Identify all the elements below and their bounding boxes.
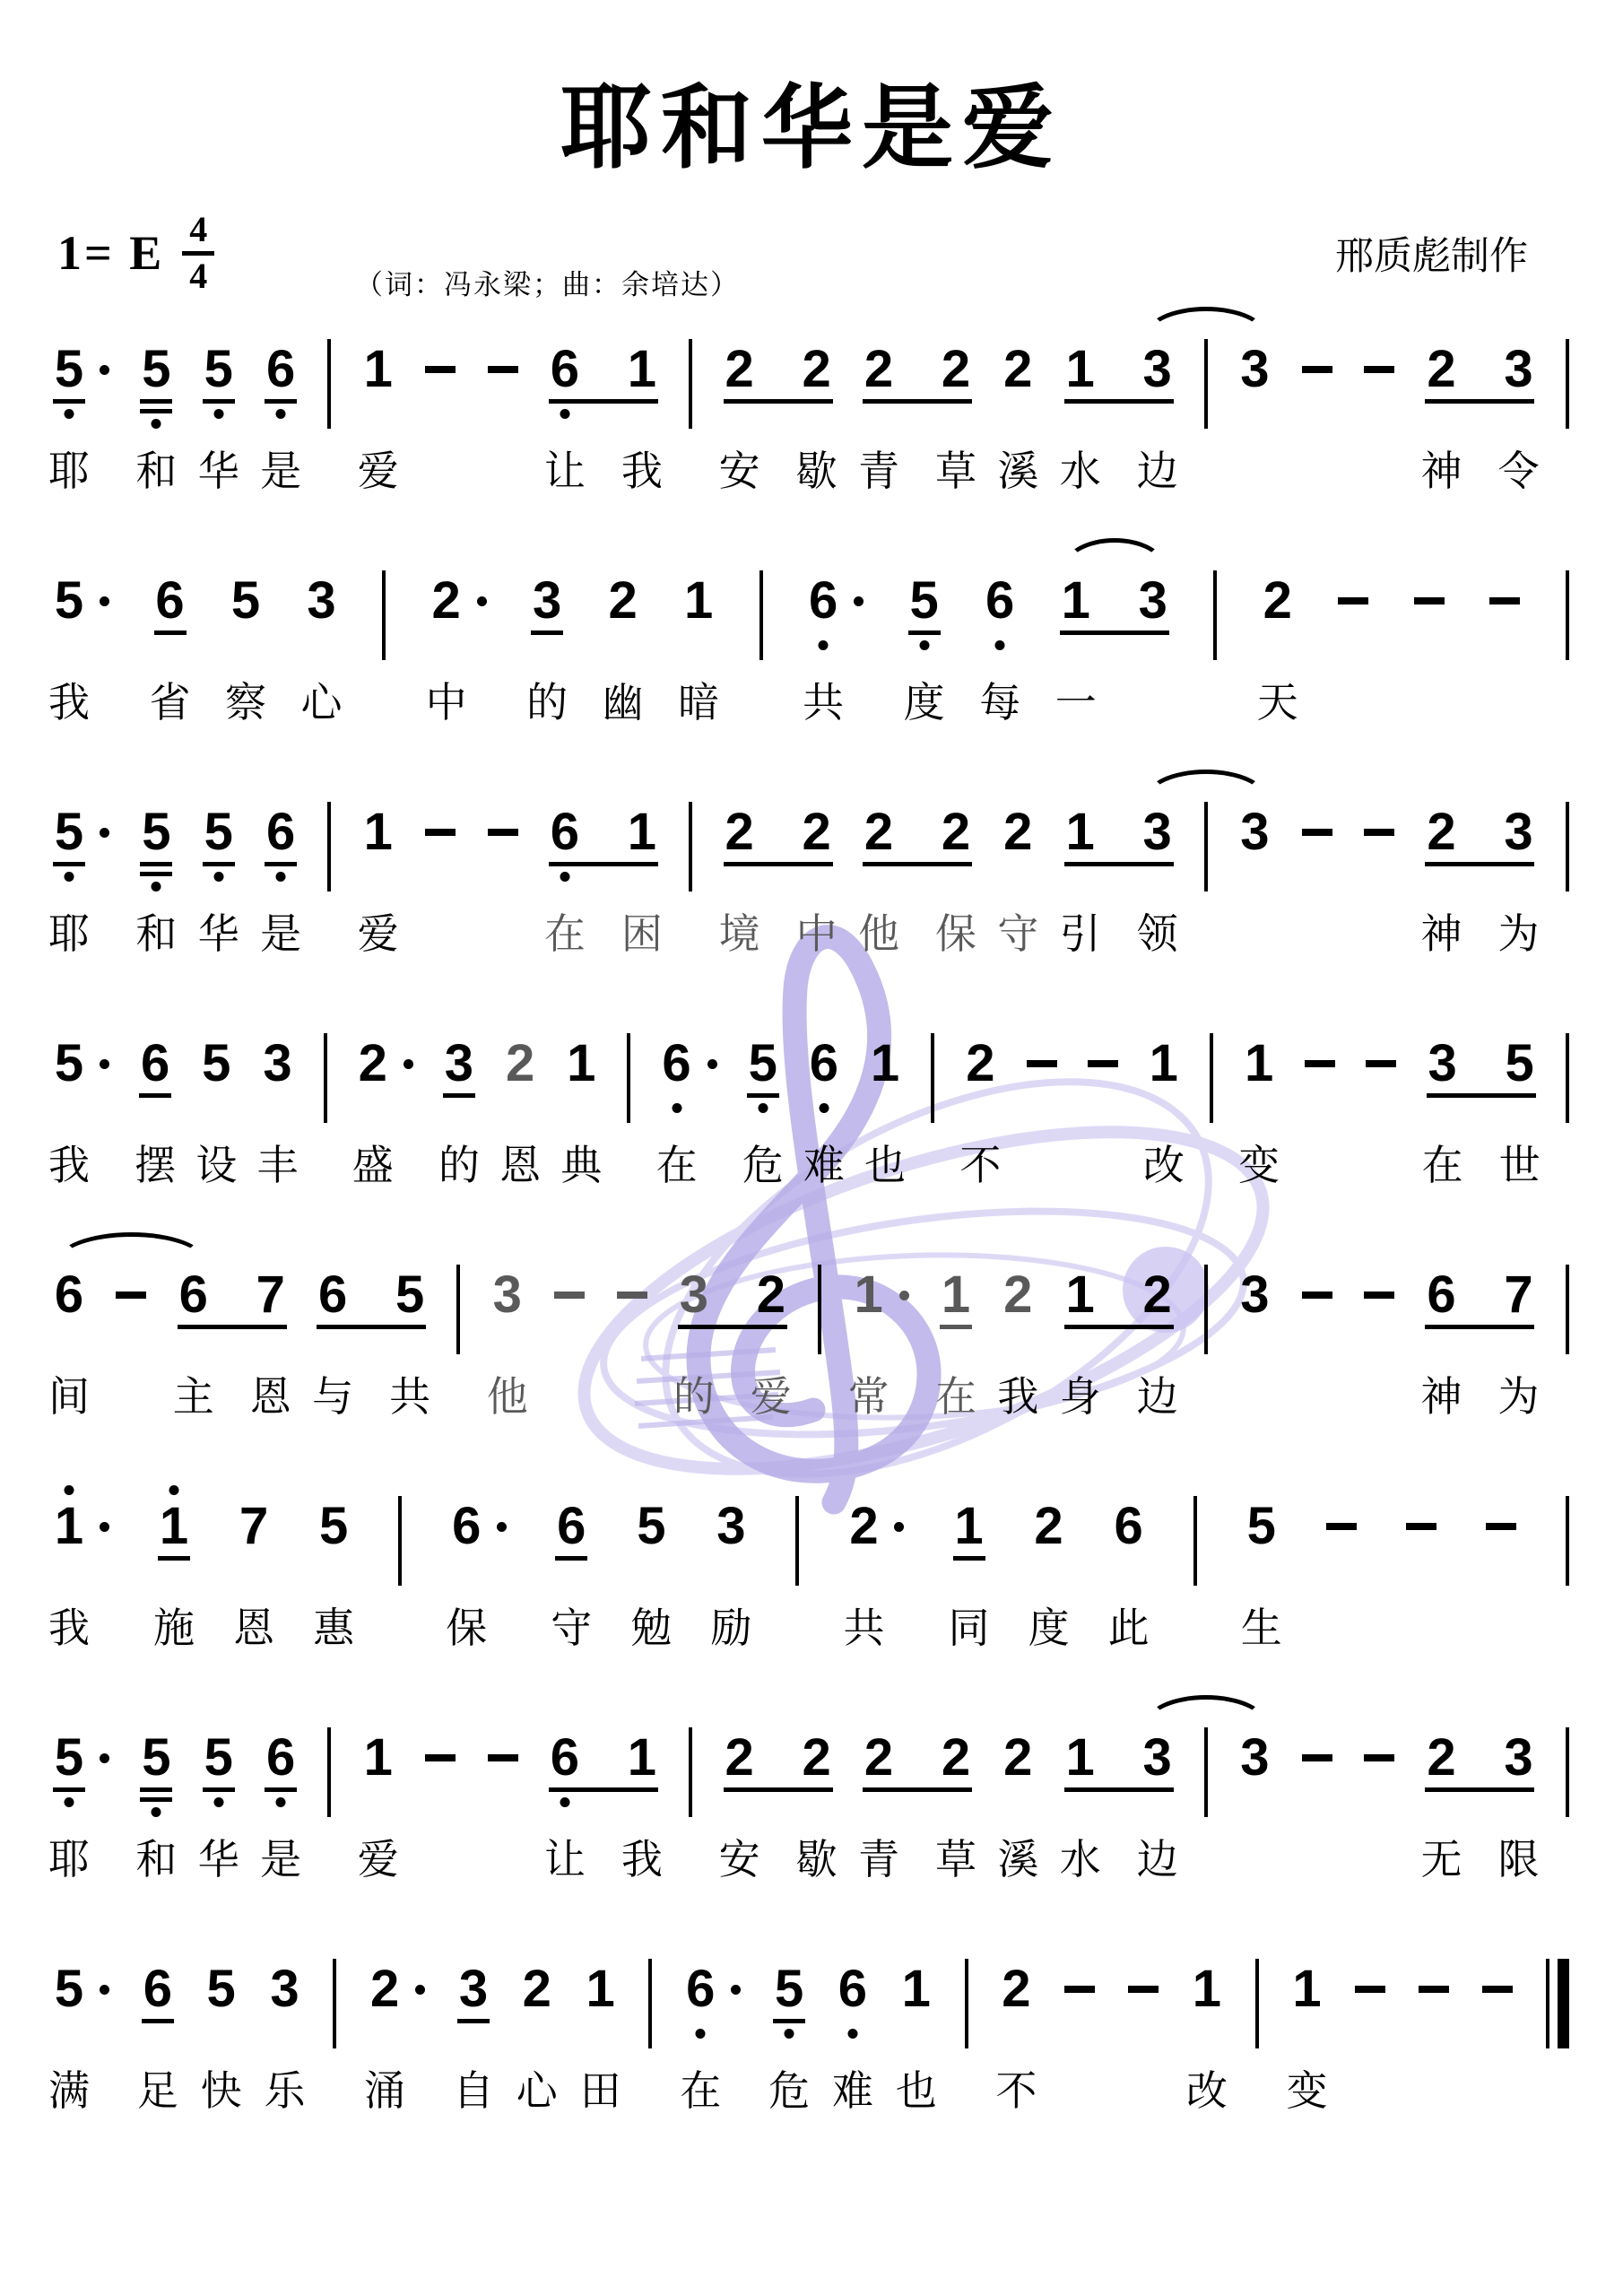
eighth-underline — [158, 1556, 190, 1561]
lyric-char: 爱 — [358, 1837, 399, 1882]
duration-dash — [1088, 1060, 1118, 1067]
note-value: 1 — [1065, 805, 1096, 859]
low-octave-dot — [65, 1797, 74, 1807]
note-digit: 3乐 — [269, 1962, 299, 2023]
note-digit: 1变 — [1292, 1962, 1323, 2023]
note-digit: 1爱 — [363, 1731, 394, 1792]
low-octave-dot — [560, 409, 569, 419]
barline — [324, 1033, 327, 1123]
music-line-5: 6间6主7恩6与5共3他3的2爱1常1在2我1身2边36神7为 — [54, 1222, 1569, 1453]
note: 6是 — [265, 343, 296, 404]
note-digit: 1田 — [586, 1962, 616, 2023]
note-value: 6 — [1114, 1500, 1144, 1553]
note: 3乐 — [269, 1962, 299, 2023]
beamed-notes: 1一3 — [1061, 574, 1168, 635]
note-digit: 1常 — [854, 1268, 884, 1329]
lyric-char: 在 — [656, 1143, 698, 1187]
duration-dash — [1302, 829, 1332, 836]
note-value: 5 — [141, 343, 171, 396]
note-digit: 1在 — [941, 1268, 971, 1329]
barline — [1566, 1496, 1569, 1586]
note-value: 3 — [1142, 805, 1173, 859]
note-value: 2 — [965, 1037, 995, 1091]
duration-dash — [425, 366, 456, 373]
lyric-char: 乐 — [264, 2068, 305, 2113]
note-value: 5 — [54, 343, 84, 396]
note-value: 5 — [201, 1037, 231, 1091]
duration-dash — [1414, 597, 1445, 604]
tie-arc — [1145, 770, 1268, 804]
note-value: 2 — [802, 343, 832, 396]
high-octave-dot — [169, 1485, 179, 1495]
lyric-char: 边 — [1137, 1837, 1178, 1882]
lyric-char: 此 — [1108, 1605, 1150, 1650]
lyric-char: 歇 — [796, 448, 838, 493]
lyric-char: 让 — [544, 1837, 586, 1882]
barline — [398, 1496, 402, 1586]
tie-arc — [1063, 538, 1166, 572]
lyric-char: 歇 — [796, 1837, 838, 1882]
note: 2心 — [522, 1962, 552, 2023]
eighth-underline — [53, 1787, 85, 1792]
lyric-char: 涌 — [364, 2068, 405, 2113]
note-digit: 5惠 — [318, 1500, 349, 1561]
note: 3的 — [444, 1037, 474, 1098]
beamed-notes: 3在5世 — [1428, 1037, 1535, 1098]
note-digit: 6是 — [265, 343, 296, 404]
beamed-notes: 2境2中 — [725, 805, 832, 866]
eighth-underline — [773, 2019, 805, 2023]
lyric-char: 在 — [544, 911, 586, 956]
note-value: 7 — [1503, 1268, 1533, 1322]
beamed-notes: 2无3限 — [1426, 1731, 1533, 1792]
beam-underline — [724, 399, 833, 404]
beam-underline — [1425, 862, 1534, 866]
note: 2度 — [1034, 1500, 1064, 1561]
note-value: 6 — [1426, 1268, 1456, 1322]
note: 1也 — [901, 1962, 932, 2023]
note-digit: 5和 — [141, 343, 171, 404]
note-digit: 5耶 — [54, 1731, 84, 1792]
lyric-char: 与 — [312, 1374, 353, 1419]
lyric-char: 同 — [949, 1605, 990, 1650]
note: 1暗 — [683, 574, 714, 635]
note-value: 1 — [1244, 1037, 1274, 1091]
note-value: 3 — [1142, 343, 1173, 396]
note-value: 5 — [206, 1962, 237, 2016]
note: 6共 — [808, 574, 864, 635]
note-digit: 2度 — [1034, 1500, 1064, 1561]
note: 6足 — [143, 1962, 173, 2023]
note: 6摆 — [140, 1037, 170, 1098]
duration-dash — [1364, 829, 1394, 836]
note-value: 7 — [239, 1500, 269, 1553]
beamed-notes: 2他2保 — [864, 805, 971, 866]
note-value: 2 — [864, 343, 894, 396]
note-digit: 3的 — [532, 574, 562, 635]
note-digit: 2边 — [1142, 1268, 1173, 1329]
lyric-char: 改 — [1186, 2068, 1228, 2113]
barline — [1255, 1959, 1259, 2048]
low-octave-dot — [276, 1797, 286, 1807]
augmentation-dot — [404, 1059, 413, 1069]
barline — [648, 1959, 652, 2048]
note: 5度 — [909, 574, 940, 635]
beam-underline — [178, 1325, 287, 1329]
lyric-char: 困 — [621, 911, 663, 956]
note-value: 2 — [941, 805, 971, 859]
note: 1也 — [870, 1037, 900, 1098]
beamed-notes: 1身2边 — [1065, 1268, 1173, 1329]
lyric-char: 田 — [580, 2068, 621, 2113]
note-value: 1 — [54, 1500, 84, 1553]
note-digit: 6在 — [662, 1037, 692, 1098]
note: 6守 — [556, 1500, 586, 1561]
eighth-underline — [140, 862, 172, 866]
low-octave-dot — [785, 2029, 794, 2039]
song-title: 耶和华是爱 — [0, 56, 1623, 187]
note-digit: 6省 — [155, 574, 186, 635]
key-tonic-label: 1= E — [57, 225, 164, 281]
note-value: 5 — [54, 1037, 84, 1091]
note-digit: 1暗 — [683, 574, 714, 635]
augmentation-dot — [100, 828, 109, 838]
note-value: 2 — [848, 1500, 879, 1553]
note-value: 3 — [1428, 1037, 1458, 1091]
lyric-char: 危 — [742, 1143, 784, 1187]
note-value: 3 — [1142, 1731, 1173, 1785]
note: 1变 — [1244, 1037, 1274, 1098]
lyric-char: 心 — [516, 2068, 558, 2113]
duration-dash — [617, 1291, 647, 1299]
eighth-underline — [555, 1556, 587, 1561]
note-value: 6 — [838, 1962, 868, 2016]
beamed-notes: 6神7为 — [1426, 1268, 1533, 1329]
eighth-underline — [139, 1093, 171, 1098]
note-value: 3 — [1239, 1268, 1270, 1322]
eighth-underline — [940, 1325, 972, 1329]
note-digit: 2无 — [1426, 1731, 1456, 1792]
beam-underline — [1064, 862, 1174, 866]
barline — [1204, 802, 1208, 891]
augmentation-dot — [415, 1985, 425, 1995]
lyric-char: 励 — [710, 1605, 751, 1650]
note-digit: 5华 — [204, 805, 234, 866]
lyric-char: 变 — [1287, 2068, 1328, 2113]
note-value: 2 — [1426, 343, 1456, 396]
barline — [327, 339, 331, 429]
note-value: 2 — [802, 1731, 832, 1785]
augmentation-dot — [854, 596, 864, 606]
note-value: 2 — [864, 805, 894, 859]
lyric-char: 让 — [544, 448, 586, 493]
beamed-notes: 1水3边 — [1065, 1731, 1173, 1792]
note-digit: 5我 — [54, 1037, 84, 1098]
note: 2天 — [1263, 574, 1293, 635]
augmentation-dot — [707, 1059, 717, 1069]
note-digit: 3丰 — [262, 1037, 292, 1098]
barline — [627, 1033, 630, 1123]
lyric-char: 安 — [719, 448, 760, 493]
barline — [1210, 1033, 1213, 1123]
eighth-underline — [747, 1093, 779, 1098]
note-digit: 5度 — [909, 574, 940, 635]
note-digit: 2我 — [1002, 1268, 1033, 1329]
low-octave-dot — [995, 640, 1005, 650]
note-value: 1 — [870, 1037, 900, 1091]
note-value: 3 — [1503, 1731, 1533, 1785]
barline — [327, 1727, 331, 1817]
note: 1爱 — [363, 805, 394, 866]
note-digit: 2溪 — [1002, 1731, 1033, 1792]
note-digit: 6足 — [143, 1962, 173, 2023]
sixteenth-underline — [140, 1797, 172, 1802]
note: 5和 — [141, 805, 171, 866]
note-value: 2 — [1263, 574, 1293, 628]
note-digit: 3的 — [679, 1268, 709, 1329]
note-value: 3 — [492, 1268, 523, 1322]
lyric-char: 是 — [260, 911, 301, 956]
beam-underline — [1425, 1325, 1534, 1329]
duration-dash — [1326, 1523, 1357, 1530]
barline — [1204, 339, 1208, 429]
duration-dash — [1064, 1986, 1095, 1993]
duration-dash — [1366, 1060, 1396, 1067]
note: 1在 — [941, 1268, 971, 1329]
lyric-char: 变 — [1238, 1143, 1280, 1187]
note: 1典 — [566, 1037, 596, 1098]
note-value: 1 — [1292, 1962, 1323, 2016]
duration-dash — [425, 1754, 456, 1761]
beamed-notes: 1水3边 — [1065, 343, 1173, 404]
augmentation-dot — [731, 1985, 741, 1995]
low-octave-dot — [152, 419, 161, 429]
note-digit: 2中 — [802, 805, 832, 866]
lyric-char: 守 — [551, 1605, 592, 1650]
note: 3 — [1239, 343, 1270, 404]
lyric-char: 中 — [426, 680, 467, 725]
note-value: 1 — [1065, 343, 1096, 396]
note-digit: 3 — [1239, 1731, 1270, 1792]
note: 3他 — [492, 1268, 523, 1329]
beam-underline — [863, 399, 972, 404]
note-digit: 6神 — [1426, 1268, 1456, 1329]
note: 5危 — [774, 1962, 804, 2023]
note-digit: 1引 — [1065, 805, 1096, 866]
note-digit: 5华 — [204, 1731, 234, 1792]
note: 2溪 — [1002, 1731, 1033, 1792]
note-digit: 6间 — [54, 1268, 84, 1329]
note-digit: 3边 — [1142, 343, 1173, 404]
note-digit: 2不 — [1001, 1962, 1031, 2023]
note-digit: 7恩 — [256, 1268, 286, 1329]
note: 5耶 — [54, 1731, 109, 1792]
note-value: 5 — [204, 805, 234, 859]
note: 1常 — [854, 1268, 909, 1329]
note-value: 6 — [265, 343, 296, 396]
augmentation-dot — [100, 1985, 109, 1995]
lyric-char: 危 — [768, 2068, 810, 2113]
lyric-char: 青 — [858, 448, 899, 493]
note-value: 3 — [1138, 574, 1168, 628]
duration-dash — [1027, 1060, 1057, 1067]
barline — [1213, 570, 1217, 660]
lyric-char: 神 — [1420, 911, 1462, 956]
barline — [1566, 1033, 1569, 1123]
lyric-char: 无 — [1420, 1837, 1462, 1882]
high-octave-dot — [65, 1485, 74, 1495]
music-line-6: 1我1施7恩5惠6保6守5勉3励2共1同2度6此5生 — [54, 1453, 1569, 1684]
low-octave-dot — [276, 872, 286, 882]
lyric-char: 难 — [803, 1143, 845, 1187]
note: 1改 — [1149, 1037, 1179, 1098]
note-digit: 3的 — [444, 1037, 474, 1098]
eighth-underline — [154, 631, 187, 635]
note-value: 6 — [54, 1268, 84, 1322]
lyric-char: 青 — [858, 1837, 899, 1882]
note-digit: 1爱 — [363, 805, 394, 866]
note: 5危 — [748, 1037, 778, 1098]
lyric-char: 省 — [150, 680, 191, 725]
lyric-char: 满 — [48, 2068, 90, 2113]
note-value: 1 — [363, 805, 394, 859]
duration-dash — [1302, 1754, 1332, 1761]
lyric-char: 恩 — [233, 1605, 274, 1650]
low-octave-dot — [819, 640, 829, 650]
lyric-char: 中 — [796, 911, 838, 956]
low-octave-dot — [560, 872, 569, 882]
lyric-char: 神 — [1420, 1374, 1462, 1419]
note: 5华 — [204, 805, 234, 866]
key-signature: 1= E 4 4 — [57, 212, 214, 295]
note-value: 6 — [140, 1037, 170, 1091]
note-value: 6 — [155, 574, 186, 628]
barline — [818, 1265, 821, 1354]
low-octave-dot — [276, 409, 286, 419]
note: 2中 — [431, 574, 487, 635]
note-digit: 3令 — [1503, 343, 1533, 404]
low-octave-dot — [213, 409, 223, 419]
lyric-char: 一 — [1055, 680, 1097, 725]
beamed-notes: 6在1困 — [550, 805, 657, 866]
augmentation-dot — [899, 1291, 909, 1300]
notes-row: 1我1施7恩5惠6保6守5勉3励2共1同2度6此5生 — [54, 1500, 1569, 1586]
lyric-char: 在 — [1422, 1143, 1463, 1187]
note-digit: 3自 — [458, 1962, 489, 2023]
lyric-char: 和 — [135, 1837, 177, 1882]
note: 3 — [1239, 1731, 1270, 1792]
note-digit: 5和 — [141, 805, 171, 866]
lyric-char: 安 — [719, 1837, 760, 1882]
note-value: 1 — [854, 1268, 884, 1322]
note-value: 5 — [395, 1268, 425, 1322]
time-signature: 4 4 — [182, 212, 214, 295]
note-digit: 6守 — [556, 1500, 586, 1561]
note: 1我 — [54, 1500, 109, 1561]
note: 2共 — [848, 1500, 904, 1561]
note-digit: 2安 — [725, 1731, 755, 1792]
eighth-underline — [457, 2019, 490, 2023]
lyric-char: 也 — [896, 2068, 937, 2113]
note-digit: 2涌 — [369, 1962, 400, 2023]
note: 1同 — [954, 1500, 985, 1561]
notes-row: 6间6主7恩6与5共3他3的2爱1常1在2我1身2边36神7为 — [54, 1268, 1569, 1354]
duration-dash — [1489, 597, 1520, 604]
note-value: 5 — [230, 574, 261, 628]
note-digit: 3 — [1239, 1268, 1270, 1329]
tie-arc — [1145, 307, 1268, 341]
note-digit: 1改 — [1192, 1962, 1222, 2023]
note-digit: 2神 — [1426, 343, 1456, 404]
note-value: 2 — [941, 343, 971, 396]
note-value: 3 — [269, 1962, 299, 2016]
low-octave-dot — [65, 409, 74, 419]
note-digit: 2盛 — [358, 1037, 388, 1098]
note-digit: 5共 — [395, 1268, 425, 1329]
beamed-notes: 3的2爱 — [679, 1268, 786, 1329]
note-value: 2 — [725, 343, 755, 396]
note-value: 1 — [954, 1500, 985, 1553]
note-digit: 2草 — [941, 1731, 971, 1792]
note-digit: 2心 — [522, 1962, 552, 2023]
note: 5快 — [206, 1962, 237, 2023]
music-line-3: 5耶5和5华6是1爱6在1困2境2中2他2保2守1引3领32神3为 — [54, 759, 1569, 990]
note: 5设 — [201, 1037, 231, 1098]
note-value: 3 — [458, 1962, 489, 2016]
note-digit: 1一 — [1061, 574, 1091, 635]
note-value: 5 — [141, 805, 171, 859]
note-digit: 6与 — [317, 1268, 348, 1329]
note-value: 2 — [864, 1731, 894, 1785]
duration-dash — [1305, 1060, 1335, 1067]
lyric-char: 的 — [438, 1143, 480, 1187]
note-value: 2 — [1002, 1268, 1033, 1322]
note-digit: 3为 — [1503, 805, 1533, 866]
low-octave-dot — [213, 872, 223, 882]
note: 1施 — [159, 1500, 189, 1561]
note: 1改 — [1192, 1962, 1222, 2023]
lyric-char: 的 — [673, 1374, 715, 1419]
note-value: 5 — [141, 1731, 171, 1785]
beamed-notes: 2青2草 — [864, 343, 971, 404]
low-octave-dot — [560, 1797, 569, 1807]
note-digit: 1我 — [627, 343, 657, 404]
beam-underline — [1427, 1093, 1536, 1098]
lyric-char: 领 — [1137, 911, 1178, 956]
note: 6省 — [155, 574, 186, 635]
note: 2溪 — [1002, 343, 1033, 404]
note: 3的 — [532, 574, 562, 635]
eighth-underline — [953, 1556, 985, 1561]
note-value: 6 — [662, 1037, 692, 1091]
lyric-char: 心 — [301, 680, 343, 725]
note-value: 3 — [532, 574, 562, 628]
note-digit: 5和 — [141, 1731, 171, 1792]
lyric-char: 不 — [959, 1143, 1001, 1187]
low-octave-dot — [696, 2029, 706, 2039]
note-digit: 2草 — [941, 343, 971, 404]
barline — [456, 1265, 460, 1354]
note: 1田 — [586, 1962, 616, 2023]
beam-underline — [1425, 399, 1534, 404]
lyric-char: 勉 — [630, 1605, 672, 1650]
note-digit: 2中 — [431, 574, 462, 635]
lyric-char: 度 — [904, 680, 945, 725]
barline — [759, 570, 763, 660]
barline — [689, 1727, 692, 1817]
note-digit: 5华 — [204, 343, 234, 404]
note-digit: 6在 — [685, 1962, 716, 2023]
